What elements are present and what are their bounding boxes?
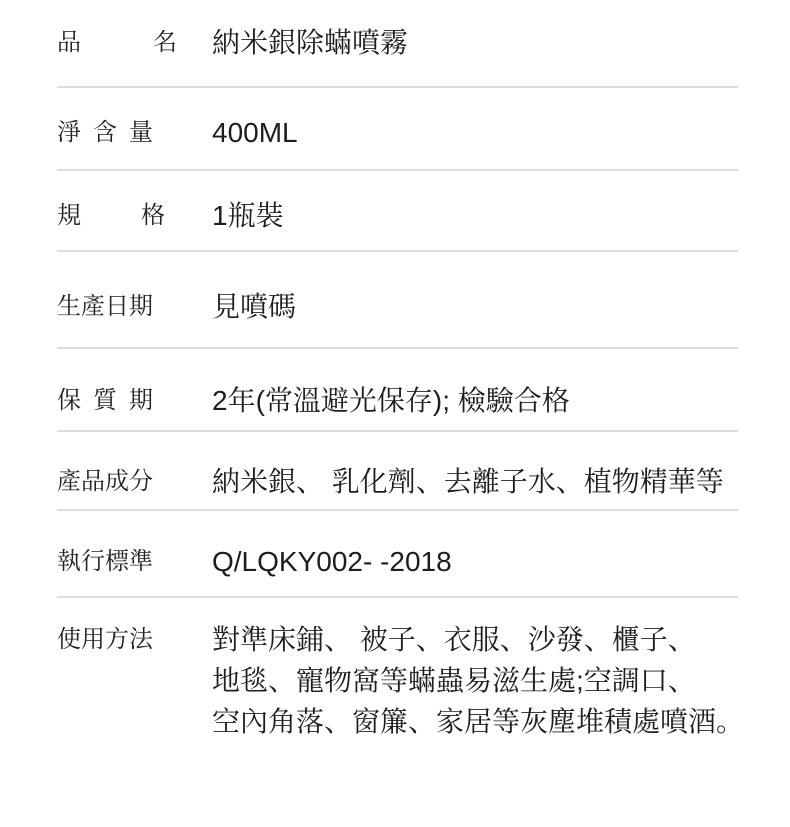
row-production-date: 生產日期 見噴碼 bbox=[57, 252, 738, 349]
row-label: 淨 含 量 bbox=[57, 119, 212, 148]
row-shelf-life: 保 質 期 2年(常溫避光保存); 檢驗合格 bbox=[57, 349, 738, 432]
row-usage: 使用方法 對準床鋪、 被子、衣服、沙發、櫃子、 地毯、寵物窩等蟎蟲易滋生處;空調… bbox=[57, 598, 738, 827]
row-specification: 規 格 1瓶裝 bbox=[57, 171, 738, 252]
row-value: 見噴碼 bbox=[212, 289, 296, 325]
row-label: 使用方法 bbox=[57, 619, 212, 660]
row-standard: 執行標準 Q/LQKY002- -2018 bbox=[57, 511, 738, 598]
row-label: 規 格 bbox=[57, 202, 212, 231]
row-product-name: 品 名 納米銀除蟎噴霧 bbox=[57, 0, 738, 88]
usage-instructions: 對準床鋪、 被子、衣服、沙發、櫃子、 地毯、寵物窩等蟎蟲易滋生處;空調口、 空內… bbox=[212, 619, 744, 742]
row-value: 1瓶裝 bbox=[212, 198, 284, 234]
row-value: Q/LQKY002- -2018 bbox=[212, 544, 452, 580]
row-value: 納米銀除蟎噴霧 bbox=[212, 25, 408, 61]
usage-line: 空內角落、窗簾、家居等灰塵堆積處噴酒。 bbox=[212, 701, 744, 742]
usage-line: 對準床鋪、 被子、衣服、沙發、櫃子、 bbox=[212, 619, 744, 660]
row-label: 產品成分 bbox=[57, 468, 212, 497]
row-value: 納米銀、 乳化劑、去離子水、植物精華等 bbox=[212, 464, 724, 500]
row-label: 執行標準 bbox=[57, 548, 212, 577]
product-spec-table: 品 名 納米銀除蟎噴霧 淨 含 量 400ML 規 格 1瓶裝 生產日期 見噴碼… bbox=[57, 0, 738, 827]
row-label: 保 質 期 bbox=[57, 387, 212, 416]
row-ingredients: 產品成分 納米銀、 乳化劑、去離子水、植物精華等 bbox=[57, 432, 738, 511]
row-label: 品 名 bbox=[57, 29, 212, 58]
row-net-content: 淨 含 量 400ML bbox=[57, 88, 738, 171]
row-value: 400ML bbox=[212, 115, 298, 151]
row-value: 2年(常溫避光保存); 檢驗合格 bbox=[212, 383, 570, 419]
usage-line: 地毯、寵物窩等蟎蟲易滋生處;空調口、 bbox=[212, 660, 744, 701]
row-label: 生產日期 bbox=[57, 293, 212, 322]
